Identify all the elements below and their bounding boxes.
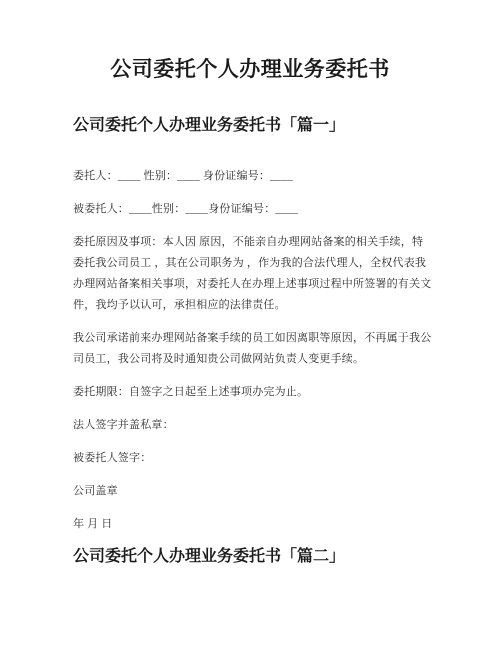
company-seal-line: 公司盖章 — [73, 481, 433, 502]
company-commitment-paragraph: 我公司承诺前来办理网站备案手续的员工如因离职等原因，不再属于我公司员工，我公司将… — [73, 328, 433, 370]
date-line: 年 月 日 — [73, 514, 433, 535]
section-heading-part-two: 公司委托个人办理业务委托书「篇二」 — [73, 547, 440, 568]
delegation-term-line: 委托期限：自签字之日起至上述事项办完为止。 — [73, 382, 433, 403]
document-title: 公司委托个人办理业务委托书 — [73, 57, 440, 82]
delegatee-signature-line: 被委托人签字： — [73, 448, 433, 469]
delegator-info-line: 委托人：____ 性别：____ 身份证编号：____ — [73, 166, 433, 187]
legal-person-signature-line: 法人签字并盖私章： — [73, 415, 433, 436]
section-part-two: 公司委托个人办理业务委托书「篇二」 — [73, 547, 440, 568]
delegation-reason-paragraph: 委托原因及事项：本人因 原因，不能亲自办理网站备案的相关手续，特委托我公司员工 … — [73, 232, 433, 316]
delegatee-info-line: 被委托人：____性别：____身份证编号：____ — [73, 199, 433, 220]
section-part-one: 公司委托个人办理业务委托书「篇一」 委托人：____ 性别：____ 身份证编号… — [73, 116, 440, 535]
section-heading-part-one: 公司委托个人办理业务委托书「篇一」 — [73, 116, 440, 137]
document-page: 公司委托个人办理业务委托书 公司委托个人办理业务委托书「篇一」 委托人：____… — [0, 0, 500, 647]
